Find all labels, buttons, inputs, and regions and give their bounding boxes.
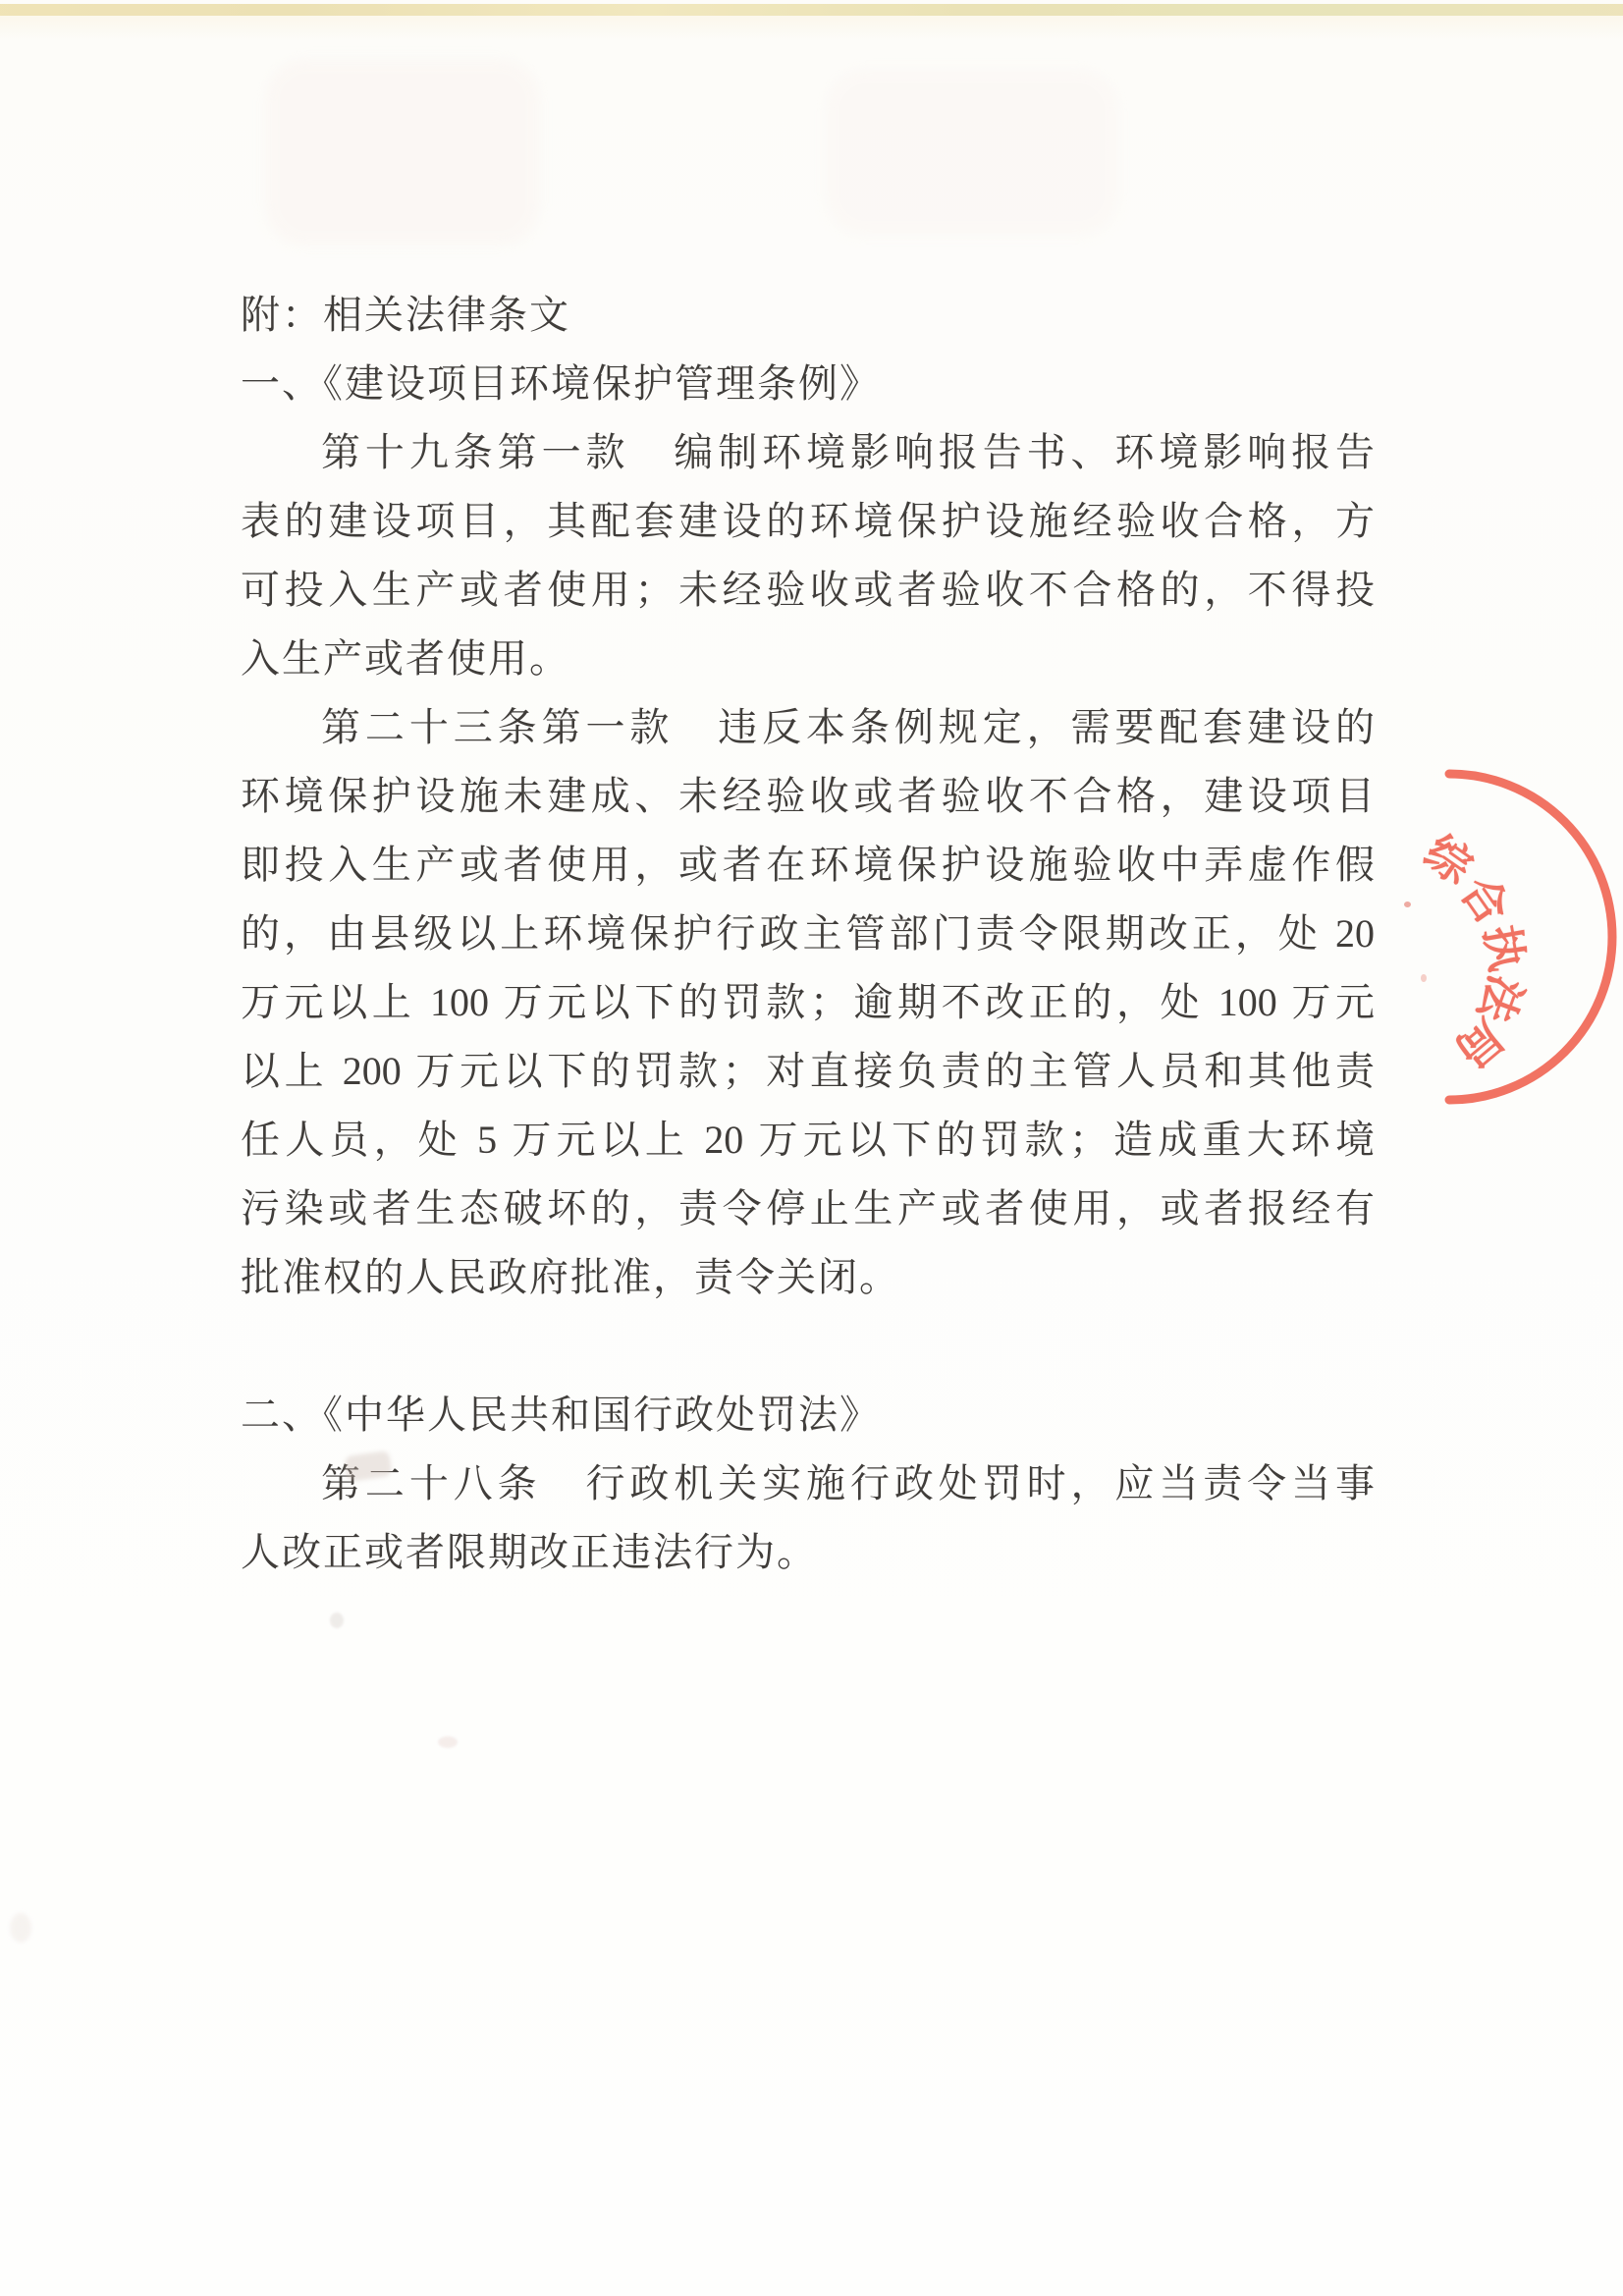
text-line: 污染或者生态破坏的，责令停止生产或者使用，或者报经有 xyxy=(241,1175,1375,1243)
text-line: 可投入生产或者使用；未经验收或者验收不合格的，不得投 xyxy=(241,556,1375,625)
blank-line xyxy=(241,1312,1375,1381)
scan-shading xyxy=(825,69,1119,236)
stamp-character: 执 xyxy=(1472,920,1543,976)
scan-edge-band xyxy=(0,4,1623,16)
text-line: 第二十三条第一款 违反本条例规定，需要配套建设的 xyxy=(241,693,1375,762)
scanned-page: 附：相关法律条文 一、《建设项目环境保护管理条例》 第十九条第一款 编制环境影响… xyxy=(0,0,1623,2296)
text-line: 第十九条第一款 编制环境影响报告书、环境影响报告 xyxy=(241,418,1375,487)
stamp-character: 合 xyxy=(1448,861,1527,936)
stamp-ink-speck xyxy=(1421,974,1427,982)
stamp-character: 局 xyxy=(1443,1007,1520,1085)
red-official-stamp: 综 合 执 法 局 xyxy=(1392,758,1623,1117)
text-line: 批准权的人民政府批准，责令关闭。 xyxy=(241,1243,1375,1312)
attachment-heading: 附：相关法律条文 xyxy=(241,281,1375,350)
text-line: 任人员，处 5 万元以上 20 万元以下的罚款；造成重大环境 xyxy=(241,1106,1375,1175)
stamp-ink-speck xyxy=(1404,902,1411,907)
text-line: 万元以上 100 万元以下的罚款；逾期不改正的，处 100 万元 xyxy=(241,968,1375,1037)
scan-smudge xyxy=(330,1613,344,1628)
scan-edge-band-fade xyxy=(0,16,1623,41)
stamp-circle-arc xyxy=(1392,758,1623,1117)
text-line: 即投入生产或者使用，或者在环境保护设施验收中弄虚作假 xyxy=(241,831,1375,900)
text-line: 环境保护设施未建成、未经验收或者验收不合格，建设项目 xyxy=(241,762,1375,831)
scan-shading xyxy=(265,59,540,246)
text-line: 表的建设项目，其配套建设的环境保护设施经验收合格，方 xyxy=(241,487,1375,556)
scan-smudge xyxy=(10,1913,31,1942)
section-1-title: 一、《建设项目环境保护管理条例》 xyxy=(241,350,1375,418)
legal-text-block: 附：相关法律条文 一、《建设项目环境保护管理条例》 第十九条第一款 编制环境影响… xyxy=(241,281,1375,1587)
text-line: 以上 200 万元以下的罚款；对直接负责的主管人员和其他责 xyxy=(241,1037,1375,1106)
stamp-character: 综 xyxy=(1413,818,1488,897)
text-line: 的，由县级以上环境保护行政主管部门责令限期改正，处 20 xyxy=(241,900,1375,968)
stamp-character: 法 xyxy=(1465,967,1542,1032)
section-2-title: 二、《中华人民共和国行政处罚法》 xyxy=(241,1381,1375,1449)
text-line: 人改正或者限期改正违法行为。 xyxy=(241,1518,1375,1587)
text-line: 入生产或者使用。 xyxy=(241,625,1375,693)
text-line: 第二十八条 行政机关实施行政处罚时，应当责令当事 xyxy=(241,1449,1375,1518)
scan-smudge xyxy=(438,1736,458,1748)
